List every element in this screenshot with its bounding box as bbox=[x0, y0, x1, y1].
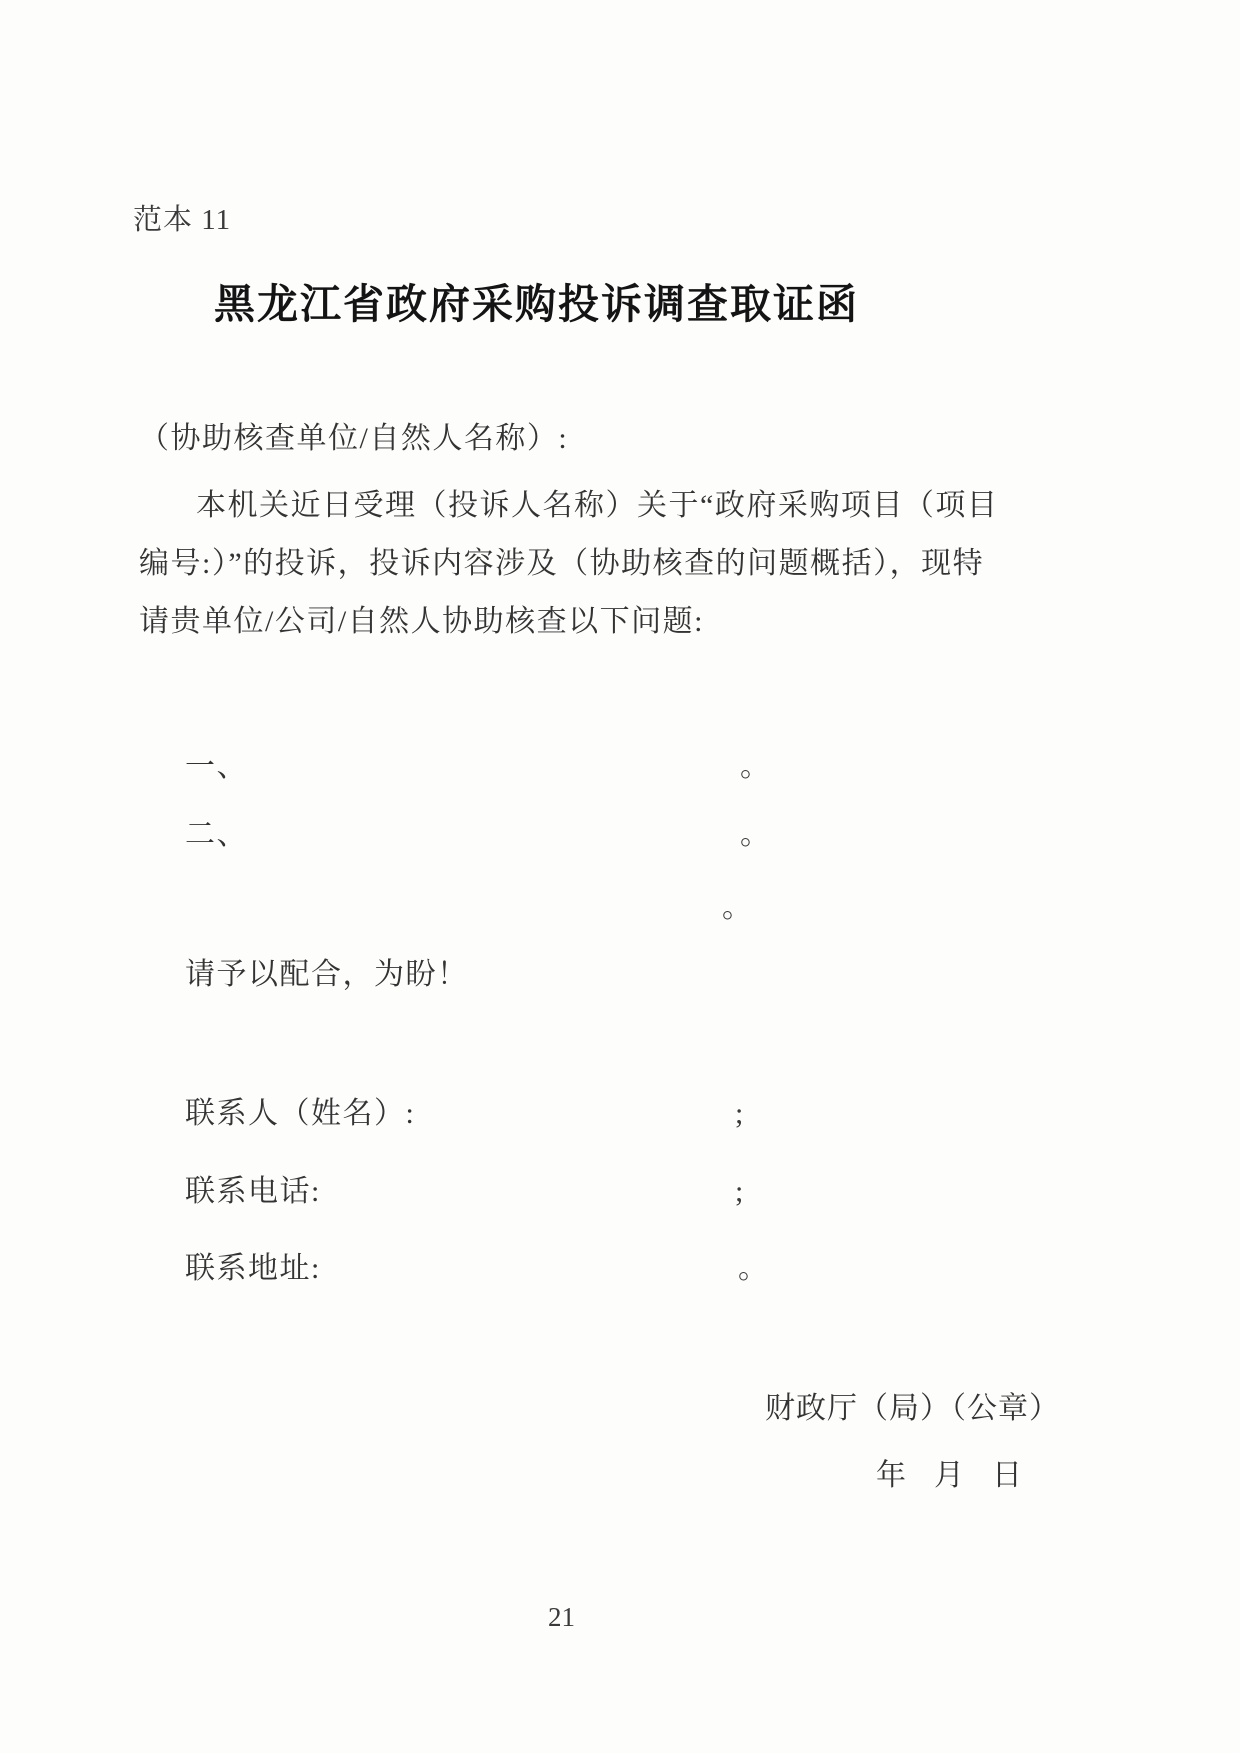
document-title: 黑龙江省政府采购投诉调查取证函 bbox=[214, 284, 859, 325]
paragraph-line-3: 请贵单位/公司/自然人协助核查以下问题: bbox=[139, 607, 704, 637]
item-1-period: 。 bbox=[740, 752, 770, 782]
cooperation-line: 请予以配合，为盼！ bbox=[185, 960, 469, 990]
blank-line-period: 。 bbox=[722, 893, 752, 923]
date-month: 月 bbox=[934, 1459, 964, 1492]
contact-name-label: 联系人（姓名）: bbox=[185, 1099, 415, 1129]
item-2-label: 二、 bbox=[185, 820, 248, 850]
contact-phone-label: 联系电话: bbox=[185, 1177, 321, 1207]
addressee-line: （协助核查单位/自然人名称）: bbox=[139, 424, 568, 454]
contact-address-period: 。 bbox=[738, 1254, 768, 1284]
paragraph-line-1: 本机关近日受理（投诉人名称）关于“政府采购项目（项目 bbox=[196, 491, 998, 521]
contact-name-semicolon: ; bbox=[735, 1099, 743, 1129]
signature-line: 财政厅（局）（公章） bbox=[765, 1394, 1060, 1424]
contact-address-label: 联系地址: bbox=[185, 1254, 321, 1284]
page-number: 21 bbox=[548, 1604, 575, 1631]
document-page: 范本 11 黑龙江省政府采购投诉调查取证函 （协助核查单位/自然人名称）: 本机… bbox=[0, 0, 1240, 1753]
item-1-label: 一、 bbox=[185, 752, 248, 782]
item-2-period: 。 bbox=[740, 820, 770, 850]
date-line: 年月日 bbox=[876, 1461, 1022, 1491]
template-label: 范本 11 bbox=[133, 206, 231, 235]
paragraph-line-2: 编号:）”的投诉，投诉内容涉及（协助核查的问题概括），现特 bbox=[139, 549, 984, 579]
date-year: 年 bbox=[876, 1459, 906, 1492]
date-day: 日 bbox=[992, 1459, 1022, 1492]
contact-phone-semicolon: ; bbox=[735, 1177, 743, 1207]
